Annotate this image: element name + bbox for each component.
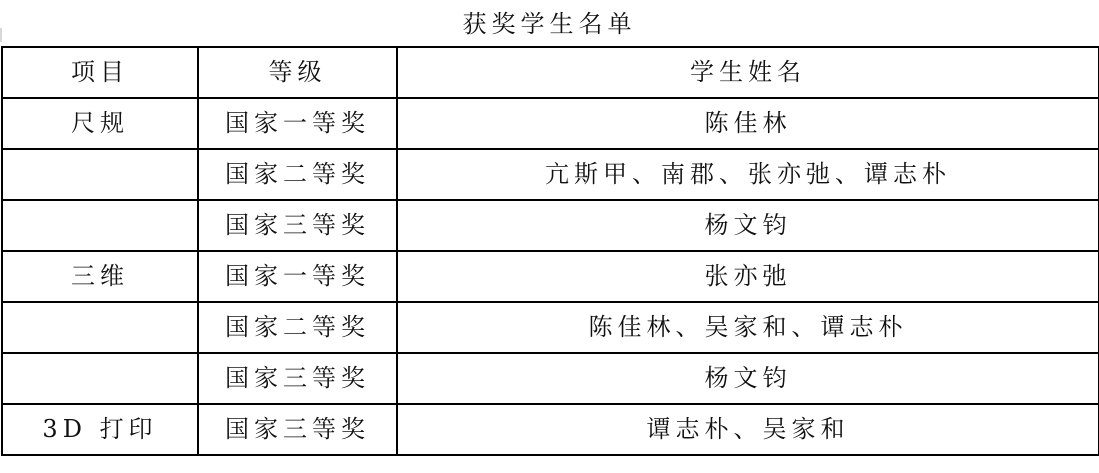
document-title: 获奖学生名单 — [0, 6, 1099, 42]
table-row: 三维 国家一等奖 张亦弛 — [2, 251, 1099, 302]
cell-project — [2, 200, 198, 251]
cell-level: 国家一等奖 — [198, 98, 397, 149]
table-row: 国家二等奖 亢斯甲、南郡、张亦弛、谭志朴 — [2, 149, 1099, 200]
cell-students: 杨文钧 — [397, 200, 1099, 251]
table-row: 国家二等奖 陈佳林、吴家和、谭志朴 — [2, 302, 1099, 353]
header-project: 项目 — [2, 47, 198, 98]
table-row: 国家三等奖 杨文钧 — [2, 353, 1099, 404]
cell-project — [2, 353, 198, 404]
cell-level: 国家三等奖 — [198, 404, 397, 455]
award-winners-table: 项目 等级 学生姓名 尺规 国家一等奖 陈佳林 国家二等奖 亢斯甲、南郡、张亦弛… — [1, 46, 1099, 456]
cell-students: 张亦弛 — [397, 251, 1099, 302]
header-level: 等级 — [198, 47, 397, 98]
cell-project: 三维 — [2, 251, 198, 302]
table-row: 尺规 国家一等奖 陈佳林 — [2, 98, 1099, 149]
cell-level: 国家二等奖 — [198, 149, 397, 200]
cell-students: 杨文钧 — [397, 353, 1099, 404]
cell-project — [2, 149, 198, 200]
cell-students: 亢斯甲、南郡、张亦弛、谭志朴 — [397, 149, 1099, 200]
cell-level: 国家二等奖 — [198, 302, 397, 353]
cell-level: 国家三等奖 — [198, 200, 397, 251]
table-row: 国家三等奖 杨文钧 — [2, 200, 1099, 251]
cell-project: 3D 打印 — [2, 404, 198, 455]
cell-project: 尺规 — [2, 98, 198, 149]
cell-level: 国家三等奖 — [198, 353, 397, 404]
table-header-row: 项目 等级 学生姓名 — [2, 47, 1099, 98]
cell-students: 陈佳林、吴家和、谭志朴 — [397, 302, 1099, 353]
cell-students: 陈佳林 — [397, 98, 1099, 149]
header-student-names: 学生姓名 — [397, 47, 1099, 98]
cell-level: 国家一等奖 — [198, 251, 397, 302]
cell-project — [2, 302, 198, 353]
table-row: 3D 打印 国家三等奖 谭志朴、吴家和 — [2, 404, 1099, 455]
cell-students: 谭志朴、吴家和 — [397, 404, 1099, 455]
